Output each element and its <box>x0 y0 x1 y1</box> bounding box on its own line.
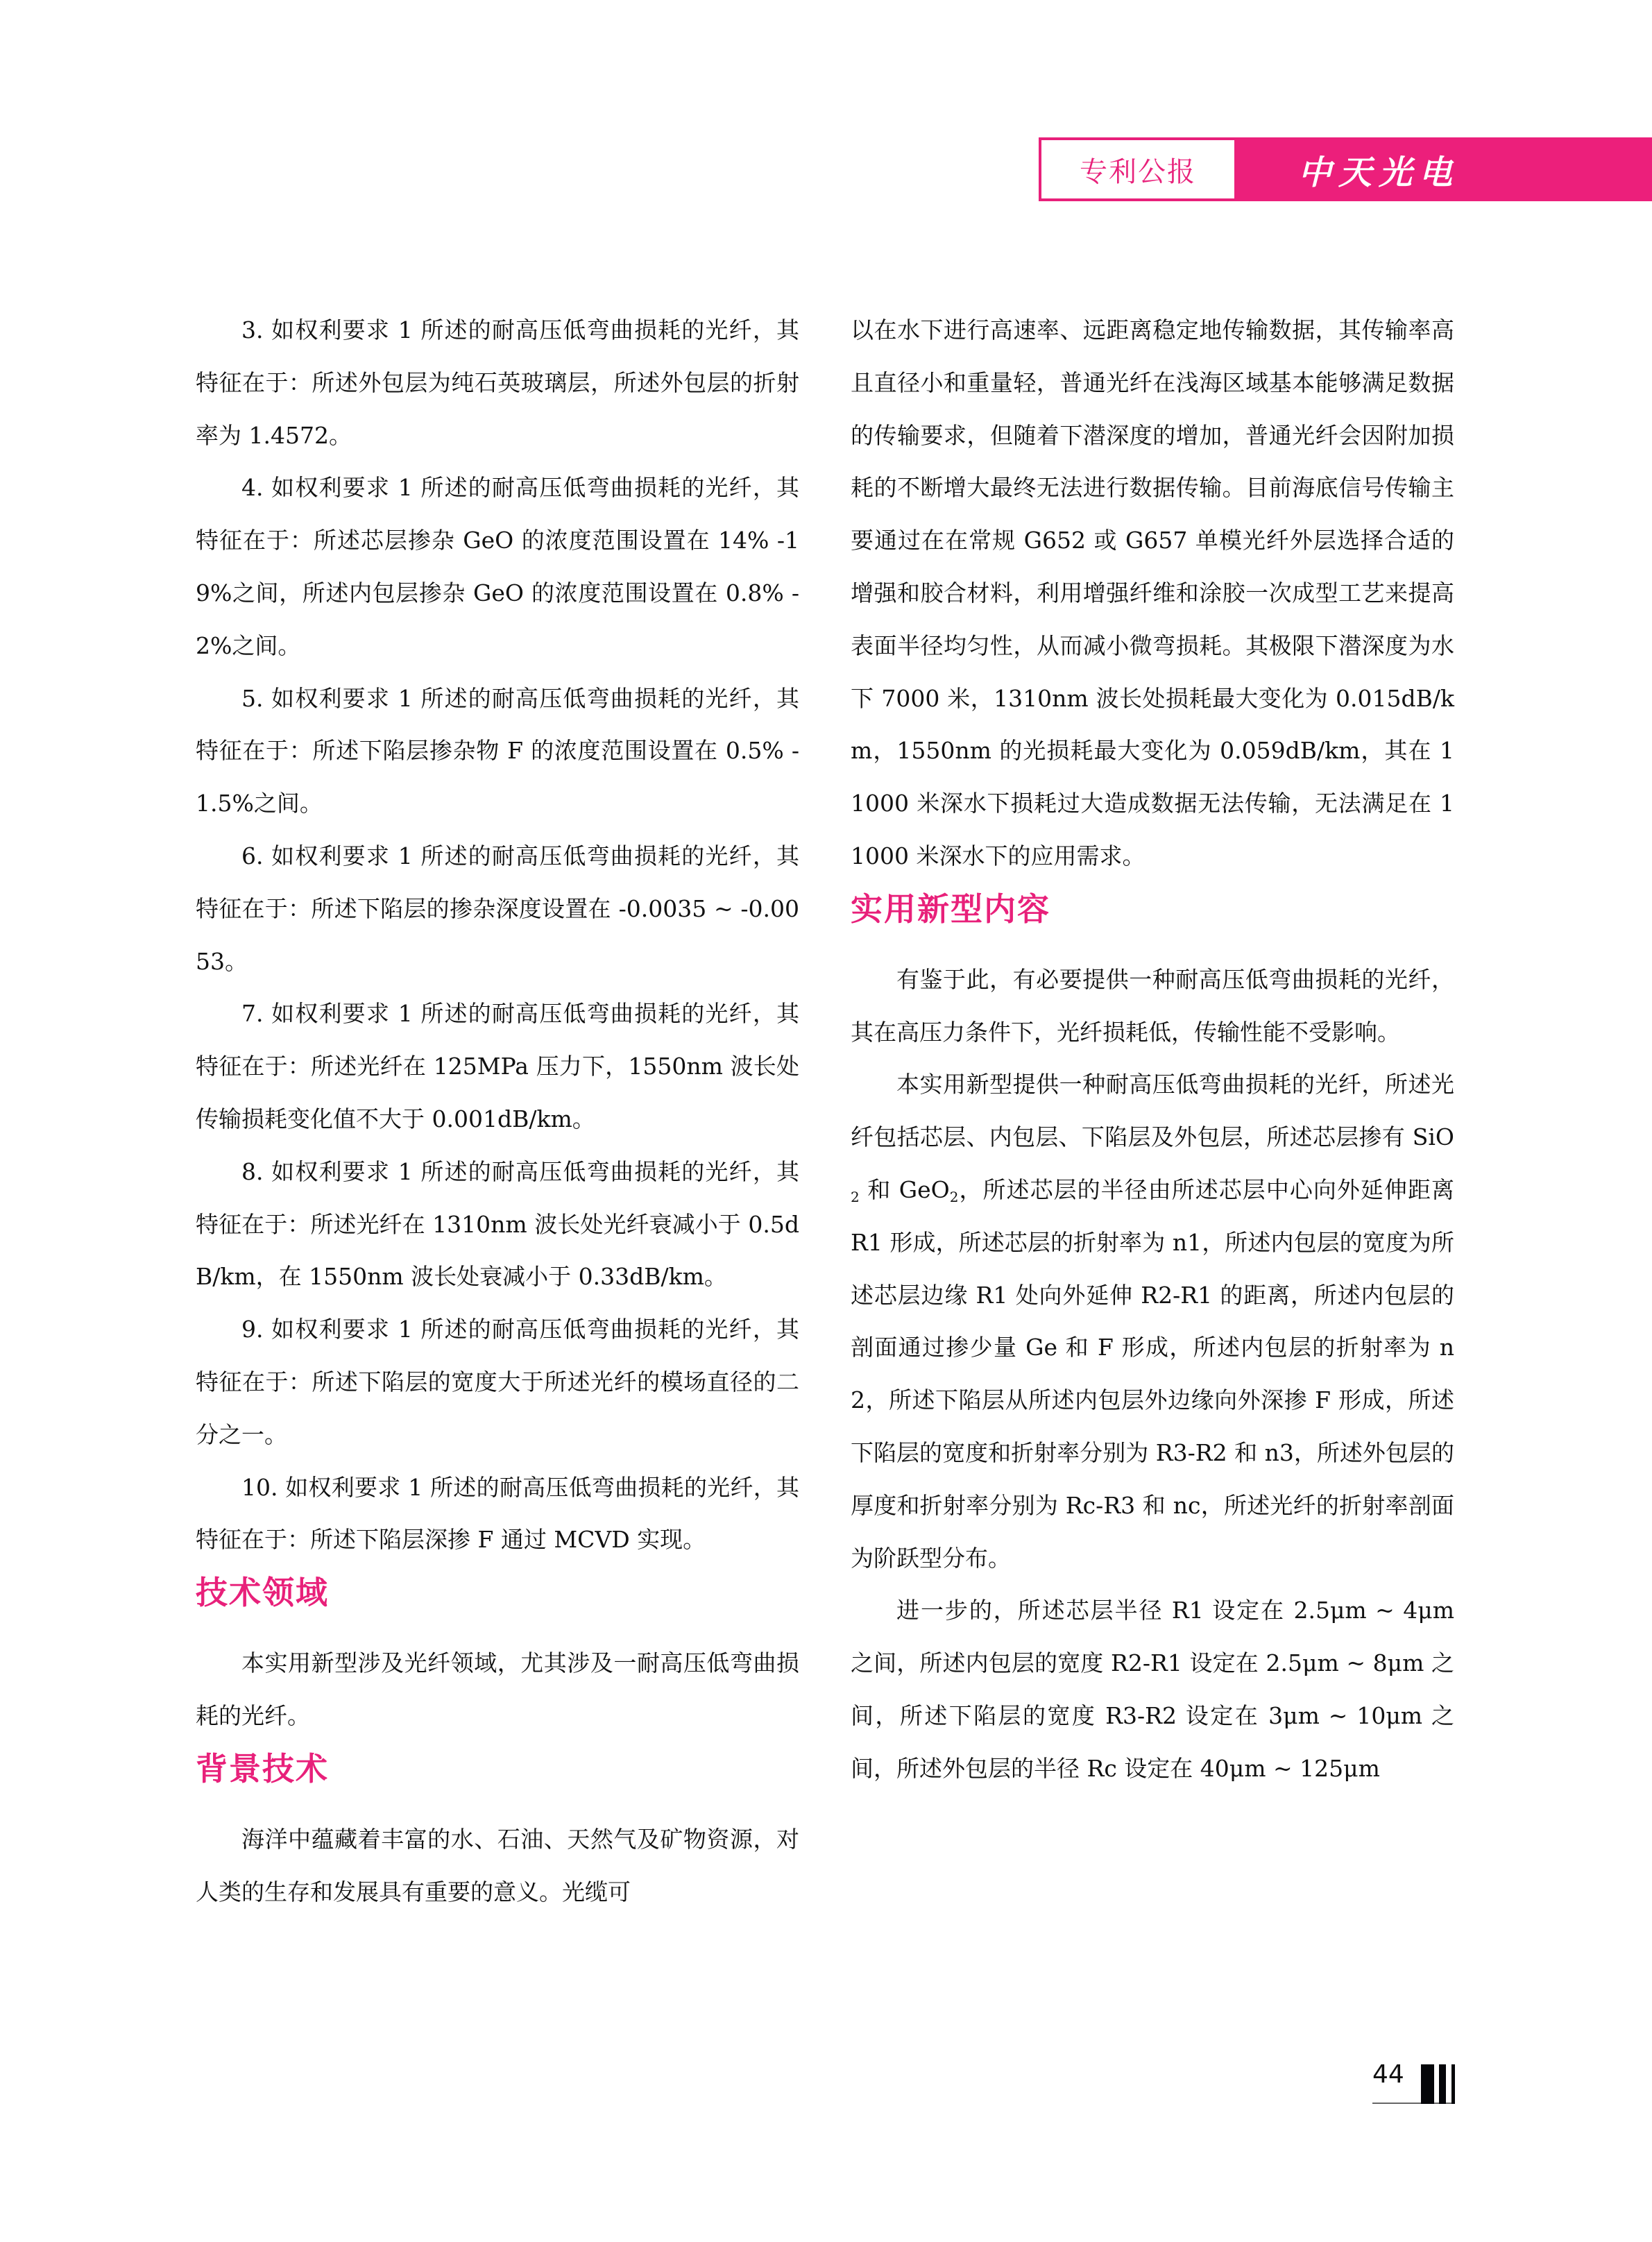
content-paragraph-2: 本实用新型提供一种耐高压低弯曲损耗的光纤，所述光纤包括芯层、内包层、下陷层及外包… <box>851 1058 1454 1584</box>
claim-9: 9. 如权利要求 1 所述的耐高压低弯曲损耗的光纤，其特征在于：所述下陷层的宽度… <box>196 1303 799 1461</box>
content-paragraph-1: 有鉴于此，有必要提供一种耐高压低弯曲损耗的光纤，其在高压力条件下，光纤损耗低，传… <box>851 953 1454 1059</box>
left-column: 3. 如权利要求 1 所述的耐高压低弯曲损耗的光纤，其特征在于：所述外包层为纯石… <box>196 304 799 1918</box>
section-label-box: 专利公报 <box>1039 137 1234 201</box>
claim-5: 5. 如权利要求 1 所述的耐高压低弯曲损耗的光纤，其特征在于：所述下陷层掺杂物… <box>196 672 799 830</box>
brand-banner: 中天光电 <box>1234 137 1652 201</box>
content-p2-part-c: ，所述芯层的半径由所述芯层中心向外延伸距离 R1 形成，所述芯层的折射率为 n1… <box>851 1176 1454 1572</box>
subscript-2: 2 <box>851 1189 860 1205</box>
right-column: 以在水下进行高速率、远距离稳定地传输数据，其传输率高且直径小和重量轻，普通光纤在… <box>851 304 1454 1795</box>
claim-3: 3. 如权利要求 1 所述的耐高压低弯曲损耗的光纤，其特征在于：所述外包层为纯石… <box>196 304 799 461</box>
heading-utility-content: 实用新型内容 <box>851 883 1454 935</box>
heading-background: 背景技术 <box>196 1742 799 1795</box>
brand-logo-text: 中天光电 <box>1298 146 1459 194</box>
page-number: 44 <box>1372 2060 1404 2089</box>
background-text-start: 海洋中蕴藏着丰富的水、石油、天然气及矿物资源，对人类的生存和发展具有重要的意义。… <box>196 1813 799 1919</box>
content-p2-part-a: 本实用新型提供一种耐高压低弯曲损耗的光纤，所述光纤包括芯层、内包层、下陷层及外包… <box>851 1071 1454 1150</box>
claim-4: 4. 如权利要求 1 所述的耐高压低弯曲损耗的光纤，其特征在于：所述芯层掺杂 G… <box>196 461 799 672</box>
tech-field-text: 本实用新型涉及光纤领域，尤其涉及一耐高压低弯曲损耗的光纤。 <box>196 1637 799 1742</box>
claim-7: 7. 如权利要求 1 所述的耐高压低弯曲损耗的光纤，其特征在于：所述光纤在 12… <box>196 987 799 1145</box>
claim-8: 8. 如权利要求 1 所述的耐高压低弯曲损耗的光纤，其特征在于：所述光纤在 13… <box>196 1146 799 1303</box>
subscript-2: 2 <box>950 1189 959 1205</box>
heading-tech-field: 技术领域 <box>196 1566 799 1619</box>
barcode-bar-icon <box>1421 2064 1434 2104</box>
content-paragraph-3: 进一步的，所述芯层半径 R1 设定在 2.5μm ~ 4μm 之间，所述内包层的… <box>851 1584 1454 1794</box>
claim-6: 6. 如权利要求 1 所述的耐高压低弯曲损耗的光纤，其特征在于：所述下陷层的掺杂… <box>196 830 799 987</box>
background-text-cont: 以在水下进行高速率、远距离稳定地传输数据，其传输率高且直径小和重量轻，普通光纤在… <box>851 304 1454 883</box>
barcode-bar-icon <box>1451 2064 1455 2104</box>
claim-10: 10. 如权利要求 1 所述的耐高压低弯曲损耗的光纤，其特征在于：所述下陷层深掺… <box>196 1461 799 1567</box>
content-p2-part-b: 和 GeO <box>860 1176 950 1203</box>
barcode-bar-icon <box>1439 2064 1446 2104</box>
section-label: 专利公报 <box>1080 150 1196 189</box>
